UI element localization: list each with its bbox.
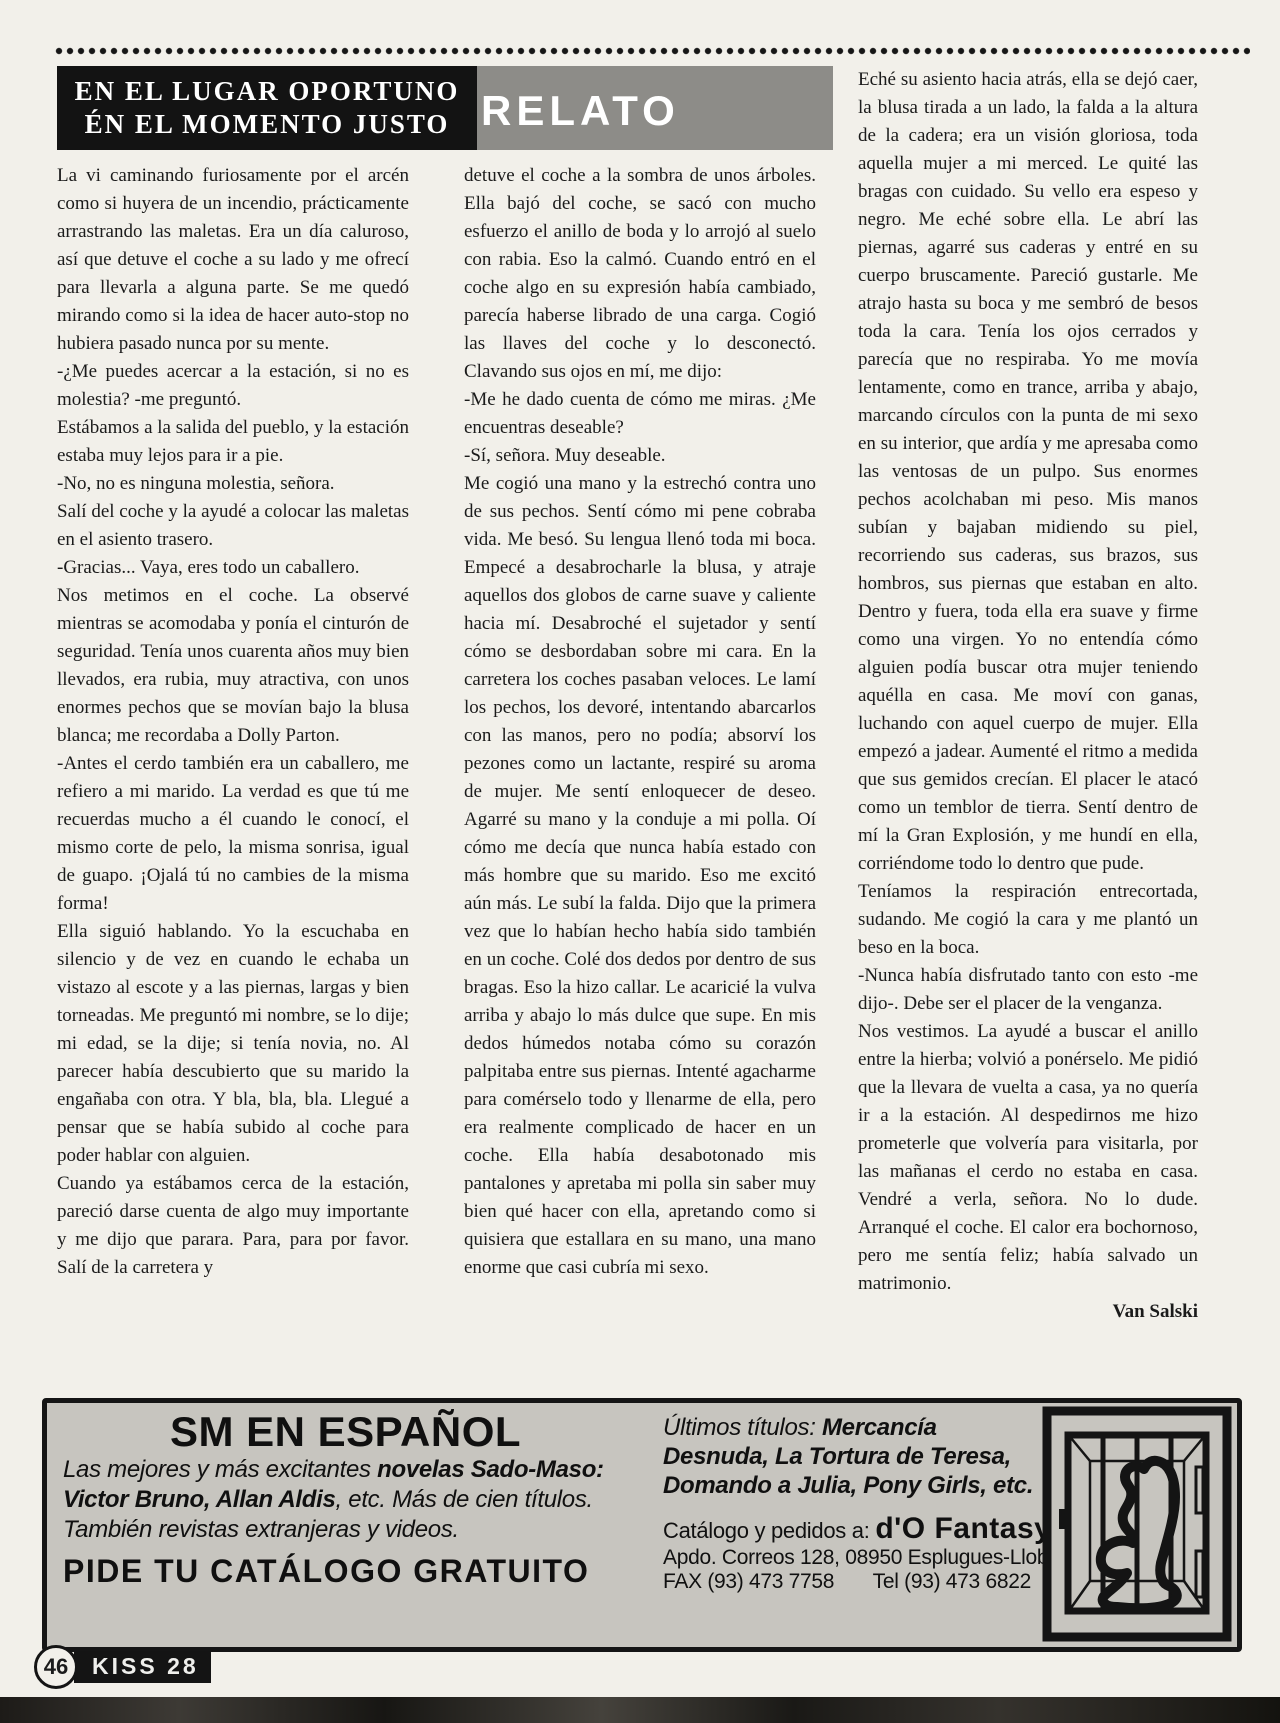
story-title-line1: EN EL LUGAR OPORTUNO [75, 75, 460, 108]
ad-tel: Tel (93) 473 6822 [873, 1570, 1031, 1594]
magazine-badge: KISS 28 [74, 1651, 211, 1683]
story-paragraph: Eché su asiento hacia atrás, ella se dej… [858, 66, 1198, 878]
ad-pitch-bold: novelas Sado-Maso: [377, 1456, 604, 1483]
ad-fax: FAX (93) 473 7758 [663, 1570, 834, 1594]
page-number-value: 46 [44, 1654, 68, 1680]
ad-order-label: Catálogo y pedidos a: [663, 1518, 875, 1543]
ad-contact-line: FAX (93) 473 7758 Tel (93) 473 6822 [663, 1570, 1045, 1594]
story-title-line2: ÉN EL MOMENTO JUSTO [85, 108, 450, 141]
section-label-box: RELATO [477, 66, 833, 150]
advertisement: SM EN ESPAÑOL Las mejores y más excitant… [42, 1398, 1242, 1652]
ad-pitch-line2: Victor Bruno, Allan Aldis, etc. Más de c… [63, 1485, 628, 1515]
story-paragraph: Salí del coche y la ayudé a colocar las … [57, 498, 409, 554]
ad-address: Apdo. Correos 128, 08950 Esplugues-Llob [663, 1546, 1045, 1570]
story-column-3: Eché su asiento hacia atrás, ella se dej… [858, 66, 1198, 1326]
story-paragraph: -Nunca había disfrutado tanto con esto -… [858, 962, 1198, 1018]
story-paragraph: Me cogió una mano y la estrechó contra u… [464, 470, 816, 1282]
story-title-box: EN EL LUGAR OPORTUNO ÉN EL MOMENTO JUSTO [57, 66, 477, 150]
story-paragraph: Cuando ya estábamos cerca de la estación… [57, 1170, 409, 1282]
story-paragraph: -¿Me puedes acercar a la estación, si no… [57, 358, 409, 414]
story-paragraph: -Sí, señora. Muy deseable. [464, 442, 816, 470]
scan-edge-band [0, 1697, 1280, 1723]
magazine-page: EN EL LUGAR OPORTUNO ÉN EL MOMENTO JUSTO… [0, 0, 1280, 1723]
ad-left-block: SM EN ESPAÑOL Las mejores y más excitant… [63, 1409, 628, 1590]
story-paragraph: -Me he dado cuenta de cómo me miras. ¿Me… [464, 386, 816, 442]
ad-latest-titles: Últimos títulos: Mercancía Desnuda, La T… [663, 1413, 1045, 1500]
story-header: EN EL LUGAR OPORTUNO ÉN EL MOMENTO JUSTO… [57, 66, 833, 150]
story-byline: Van Salski [858, 1298, 1198, 1326]
story-paragraph: Nos metimos en el coche. La observé mien… [57, 582, 409, 750]
story-paragraph: -Antes el cerdo también era un caballero… [57, 750, 409, 918]
story-paragraph: La vi caminando furiosamente por el arcé… [57, 162, 409, 358]
story-paragraph: Ella siguió hablando. Yo la escuchaba en… [57, 918, 409, 1170]
ad-order-line: Catálogo y pedidos a: d'O Fantasy [663, 1512, 1045, 1546]
dotted-divider [55, 46, 1250, 56]
ad-latest-label: Últimos títulos: [663, 1414, 822, 1441]
story-paragraph: Teníamos la respiración entrecortada, su… [858, 878, 1198, 962]
story-paragraph: -Gracias... Vaya, eres todo un caballero… [57, 554, 409, 582]
ad-middle-block: Últimos títulos: Mercancía Desnuda, La T… [663, 1413, 1045, 1594]
story-column-1: La vi caminando furiosamente por el arcé… [57, 162, 409, 1282]
ad-cta: PIDE TU CATÁLOGO GRATUITO [63, 1553, 628, 1590]
section-label: RELATO [481, 87, 680, 135]
ad-authors-bold: Victor Bruno, Allan Aldis [63, 1486, 336, 1513]
ad-brand: d'O Fantasy [875, 1512, 1051, 1545]
story-column-2: detuve el coche a la sombra de unos árbo… [464, 162, 816, 1282]
page-number: 46 [34, 1645, 78, 1689]
story-paragraph: -No, no es ninguna molestia, señora. [57, 470, 409, 498]
ad-pitch-regular: Las mejores y más excitantes [63, 1456, 377, 1483]
ad-pitch-line3: También revistas extranjeras y videos. [63, 1515, 628, 1545]
story-paragraph: detuve el coche a la sombra de unos árbo… [464, 162, 816, 386]
story-paragraph: Nos vestimos. La ayudé a buscar el anill… [858, 1018, 1198, 1298]
ad-authors-regular: , etc. Más de cien títulos. [336, 1486, 593, 1513]
ad-pitch-line1: Las mejores y más excitantes novelas Sad… [63, 1455, 628, 1485]
story-paragraph: Estábamos a la salida del pueblo, y la e… [57, 414, 409, 470]
caged-figure-illustration [1041, 1405, 1233, 1643]
ad-headline: SM EN ESPAÑOL [63, 1409, 628, 1455]
